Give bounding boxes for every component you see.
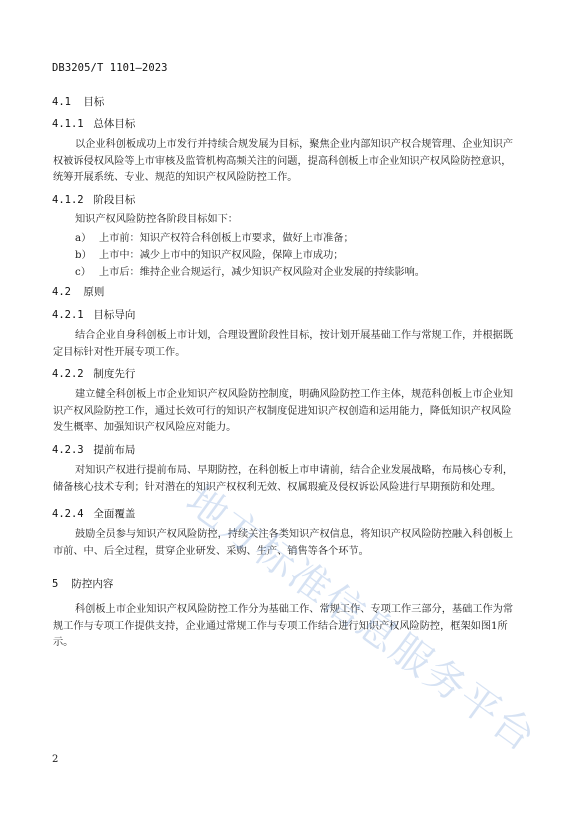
- section-5-heading: 5 防控内容: [52, 576, 113, 591]
- section-4-2-1-heading: 4.2.1 目标导向: [52, 307, 135, 322]
- section-number: 5: [52, 578, 68, 590]
- section-4-2-heading: 4.2 原则: [52, 284, 104, 299]
- section-title: 目标导向: [93, 309, 135, 321]
- section-4-1-heading: 4.1 目标: [52, 94, 104, 109]
- section-title: 目标: [83, 96, 104, 108]
- section-title: 防控内容: [71, 578, 113, 590]
- section-4-2-2-body: 建立健全科创板上市企业知识产权风险防控制度，明确风险防控工作主体，规范科创板上市…: [53, 387, 513, 437]
- paragraph-line: 储备核心技术专利；针对潜在的知识产权权利无效、权属瑕疵及侵权诉讼风险进行早期预防…: [53, 480, 513, 497]
- section-4-1-2-heading: 4.1.2 阶段目标: [52, 192, 135, 207]
- paragraph-line: 鼓励全员参与知识产权风险防控，持续关注各类知识产权信息，将知识产权风险防控融入科…: [53, 527, 513, 544]
- section-4-2-3-body: 对知识产权进行提前布局、早期防控，在科创板上市申请前，结合企业发展战略，布局核心…: [53, 463, 513, 496]
- section-4-1-1-heading: 4.1.1 总体目标: [52, 116, 135, 131]
- section-number: 4.1.2: [52, 194, 90, 206]
- list-item: b）上市中：减少上市中的知识产权风险，保障上市成功；: [75, 246, 344, 261]
- list-text: 上市前：知识产权符合科创板上市要求，做好上市准备；: [99, 233, 354, 244]
- list-text: 上市后：维持企业合规运行，减少知识产权风险对企业发展的持续影响。: [99, 267, 425, 278]
- section-title: 总体目标: [93, 118, 135, 130]
- paragraph-line: 规工作与专项工作提供支持，企业通过常规工作与专项工作结合进行知识产权风险防控，框…: [53, 619, 513, 636]
- section-number: 4.2: [52, 286, 80, 298]
- section-4-2-4-heading: 4.2.4 全面覆盖: [52, 506, 135, 521]
- paragraph-line: 市前、中、后全过程，贯穿企业研发、采购、生产、销售等各个环节。: [53, 544, 513, 561]
- section-number: 4.1: [52, 96, 80, 108]
- section-4-2-1-body: 结合企业自身科创板上市计划，合理设置阶段性目标，按计划开展基础工作与常规工作，并…: [53, 328, 513, 361]
- section-title: 提前布局: [93, 444, 135, 456]
- list-item: a）上市前：知识产权符合科创板上市要求，做好上市准备；: [75, 229, 354, 244]
- section-4-2-4-body: 鼓励全员参与知识产权风险防控，持续关注各类知识产权信息，将知识产权风险防控融入科…: [53, 527, 513, 560]
- section-title: 制度先行: [93, 368, 135, 380]
- list-marker: c）: [75, 263, 99, 278]
- section-number: 4.1.1: [52, 118, 90, 130]
- section-5-body: 科创板上市企业知识产权风险防控工作分为基础工作、常规工作、专项工作三部分，基础工…: [53, 602, 513, 652]
- paragraph-line: 科创板上市企业知识产权风险防控工作分为基础工作、常规工作、专项工作三部分，基础工…: [53, 602, 513, 619]
- list-marker: b）: [75, 246, 99, 261]
- section-4-1-1-body: 以企业科创板成功上市发行并持续合规发展为目标，聚焦企业内部知识产权合规管理、企业…: [53, 137, 513, 187]
- section-title: 阶段目标: [93, 194, 135, 206]
- section-title: 全面覆盖: [93, 508, 135, 520]
- paragraph-line: 定目标针对性开展专项工作。: [53, 345, 513, 362]
- list-item: c）上市后：维持企业合规运行，减少知识产权风险对企业发展的持续影响。: [75, 263, 425, 278]
- page-number: 2: [52, 754, 58, 765]
- section-4-2-3-heading: 4.2.3 提前布局: [52, 442, 135, 457]
- section-4-2-2-heading: 4.2.2 制度先行: [52, 366, 135, 381]
- section-number: 4.2.4: [52, 508, 90, 520]
- section-4-1-2-intro: 知识产权风险防控各阶段目标如下：: [75, 212, 238, 229]
- paragraph-line: 对知识产权进行提前布局、早期防控，在科创板上市申请前，结合企业发展战略，布局核心…: [53, 463, 513, 480]
- paragraph-line: 发生概率、加强知识产权风险应对能力。: [53, 420, 513, 437]
- section-number: 4.2.3: [52, 444, 90, 456]
- list-text: 上市中：减少上市中的知识产权风险，保障上市成功；: [99, 250, 344, 261]
- paragraph-line: 识产权风险防控工作，通过长效可行的知识产权制度促进知识产权创造和运用能力，降低知…: [53, 404, 513, 421]
- section-number: 4.2.1: [52, 309, 90, 321]
- paragraph-line: 建立健全科创板上市企业知识产权风险防控制度，明确风险防控工作主体，规范科创板上市…: [53, 387, 513, 404]
- section-title: 原则: [83, 286, 104, 298]
- paragraph-line: 示。: [53, 635, 513, 652]
- paragraph-line: 统筹开展系统、专业、规范的知识产权风险防控工作。: [53, 170, 513, 187]
- paragraph-line: 权被诉侵权风险等上市审核及监管机构高频关注的问题，提高科创板上市企业知识产权风险…: [53, 154, 513, 171]
- document-page: DB3205/T 1101—2023 4.1 目标 4.1.1 总体目标 以企业…: [0, 0, 581, 814]
- document-code: DB3205/T 1101—2023: [52, 62, 168, 74]
- section-number: 4.2.2: [52, 368, 90, 380]
- list-marker: a）: [75, 229, 99, 244]
- paragraph-line: 以企业科创板成功上市发行并持续合规发展为目标，聚焦企业内部知识产权合规管理、企业…: [53, 137, 513, 154]
- paragraph-line: 结合企业自身科创板上市计划，合理设置阶段性目标，按计划开展基础工作与常规工作，并…: [53, 328, 513, 345]
